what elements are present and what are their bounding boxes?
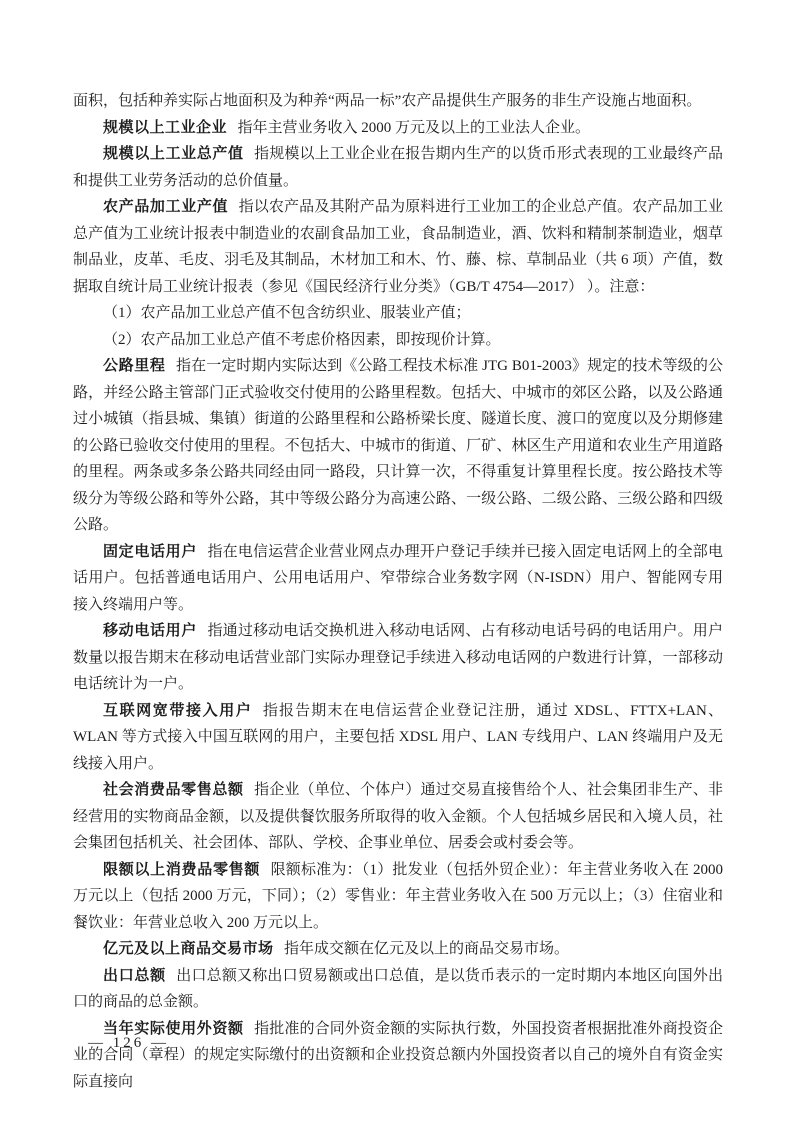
page-number: — 126 — — [88, 1035, 169, 1052]
note-text: （1）农产品加工业总产值不包含纺织业、服装业产值； — [103, 305, 471, 321]
term-definition: 指在一定时期内实际达到《公路工程技术标准 JTG B01-2003》规定的技术等… — [73, 358, 723, 533]
document-page: 面积，包括种养实际占地面积及为种养“两品一标”农产品提供生产服务的非生产设施占地… — [0, 0, 793, 1122]
term-definition: 指年主营业务收入 2000 万元及以上的工业法人企业。 — [238, 120, 591, 136]
term-label: 移动电话用户 — [103, 622, 197, 639]
glossary-entry: 农产品加工业产值指以农产品及其附产品为原料进行工业加工的企业总产值。农产品加工业… — [73, 194, 723, 300]
glossary-entry: 公路里程指在一定时期内实际达到《公路工程技术标准 JTG B01-2003》规定… — [73, 353, 723, 539]
term-definition: 指年成交额在亿元及以上的商品交易市场。 — [284, 941, 569, 957]
term-label: 规模以上工业总产值 — [103, 145, 244, 162]
note-item: （2）农产品加工业总产值不考虑价格因素，即按现价计算。 — [73, 327, 723, 354]
glossary-entry: 亿元及以上商品交易市场指年成交额在亿元及以上的商品交易市场。 — [73, 936, 723, 963]
term-label: 社会消费品零售总额 — [103, 781, 244, 798]
term-definition: 出口总额又称出口贸易额或出口总值，是以货币表示的一定时期内本地区向国外出口的商品… — [73, 968, 723, 1011]
glossary-entry: 当年实际使用外资额指批准的合同外资金额的实际执行数，外国投资者根据批准外商投资企… — [73, 1016, 723, 1096]
glossary-text-block: 面积，包括种养实际占地面积及为种养“两品一标”农产品提供生产服务的非生产设施占地… — [73, 88, 723, 1095]
glossary-entry: 规模以上工业企业指年主营业务收入 2000 万元及以上的工业法人企业。 — [73, 115, 723, 142]
term-label: 当年实际使用外资额 — [103, 1020, 244, 1037]
glossary-entry: 社会消费品零售总额指企业（单位、个体户）通过交易直接售给个人、社会集团非生产、非… — [73, 777, 723, 857]
term-label: 限额以上消费品零售额 — [103, 861, 260, 878]
term-label: 农产品加工业产值 — [103, 198, 228, 215]
term-label: 互联网宽带接入用户 — [103, 702, 252, 719]
glossary-entry: 规模以上工业总产值指规模以上工业企业在报告期内生产的以货币形式表现的工业最终产品… — [73, 141, 723, 194]
note-item: （1）农产品加工业总产值不包含纺织业、服装业产值； — [73, 300, 723, 327]
term-label: 亿元及以上商品交易市场 — [103, 940, 274, 957]
term-label: 固定电话用户 — [103, 543, 197, 560]
glossary-entry: 出口总额出口总额又称出口贸易额或出口总值，是以货币表示的一定时期内本地区向国外出… — [73, 963, 723, 1016]
continuation-text: 面积，包括种养实际占地面积及为种养“两品一标”农产品提供生产服务的非生产设施占地… — [73, 93, 701, 109]
term-label: 规模以上工业企业 — [103, 119, 227, 136]
glossary-entry: 固定电话用户指在电信运营企业营业网点办理开户登记手续并已接入固定电话网上的全部电… — [73, 539, 723, 619]
note-text: （2）农产品加工业总产值不考虑价格因素，即按现价计算。 — [103, 332, 501, 348]
term-label: 出口总额 — [103, 967, 166, 984]
glossary-entry: 移动电话用户指通过移动电话交换机进入移动电话网、占有移动电话号码的电话用户。用户… — [73, 618, 723, 698]
continuation-paragraph: 面积，包括种养实际占地面积及为种养“两品一标”农产品提供生产服务的非生产设施占地… — [73, 88, 723, 115]
glossary-entry: 互联网宽带接入用户指报告期末在电信运营企业登记注册，通过 XDSL、FTTX+L… — [73, 698, 723, 778]
term-label: 公路里程 — [103, 357, 165, 374]
glossary-entry: 限额以上消费品零售额限额标准为：（1）批发业（包括外贸企业）：年主营业务收入在 … — [73, 857, 723, 937]
